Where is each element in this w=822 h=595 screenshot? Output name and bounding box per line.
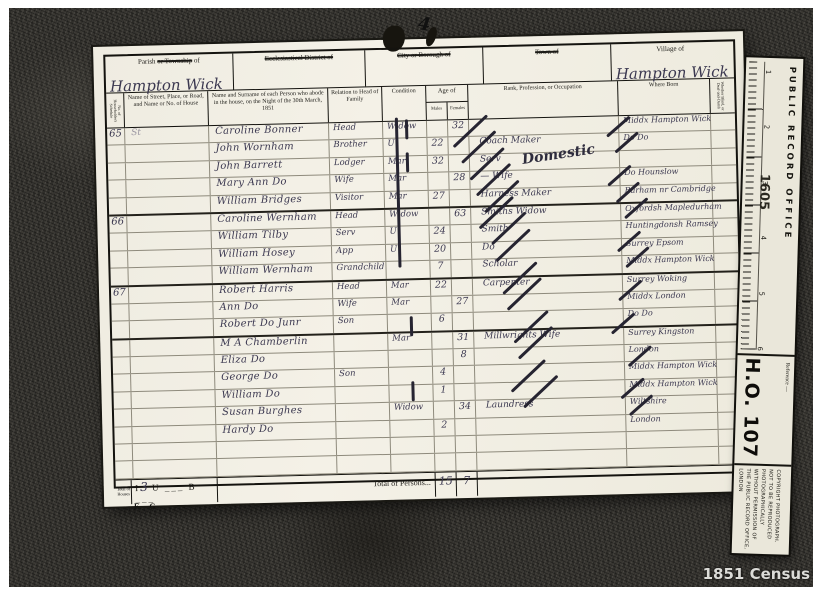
cell-age-f: 31 [453, 331, 474, 348]
cell-relation: Lodger [330, 157, 384, 175]
screenshot-stage: 4 Parish or Township ofHampton WickEccle… [0, 0, 822, 595]
cell-infirm [717, 377, 737, 394]
cell-street [127, 196, 211, 214]
cell-age-f [451, 260, 472, 277]
copyright-box: COPYRIGHT PHOTOGRAPH. NOT TO BE REPRODUC… [732, 463, 792, 555]
houses-inhabited-count: 3 [140, 480, 148, 494]
cell-born: Middx Hampton Wick [625, 360, 717, 379]
cell-relation [337, 438, 391, 456]
cell-infirm [716, 325, 736, 342]
header-field-value: Hampton Wick [110, 75, 233, 96]
cell-infirm [712, 148, 732, 165]
header-field-1: Ecclesiastical District of [233, 50, 366, 89]
header-field-value: Hampton Wick [616, 62, 730, 83]
cell-born: Do Hounslow [620, 166, 712, 185]
cell-schedule [108, 163, 126, 180]
col-occupation-header: Rank, Profession, or Occupation [468, 81, 619, 119]
cell-schedule: 65 [107, 128, 125, 145]
cell-schedule [114, 427, 132, 444]
cell-condition [391, 454, 435, 471]
cell-relation: Wife [333, 298, 387, 316]
cell-relation: Son [334, 315, 388, 333]
cell-street [128, 231, 212, 249]
cell-condition [389, 350, 433, 367]
cell-schedule [113, 375, 131, 392]
reference-block: Reference — H.O. 107 [734, 353, 794, 467]
col-schedule-header: No. of Householder's Schedule [106, 93, 125, 127]
total-persons-male: 15 [436, 472, 458, 497]
cell-schedule [115, 444, 133, 461]
cell-schedule: 67 [111, 287, 129, 304]
cell-relation: Grandchild [332, 262, 386, 280]
cell-schedule [110, 251, 128, 268]
cell-street [131, 373, 215, 391]
cell-relation: App [332, 245, 386, 263]
cell-age-f [456, 436, 477, 453]
ink-stroke [411, 382, 414, 402]
cell-age-m [431, 296, 452, 313]
cell-age-m [433, 349, 454, 366]
cell-infirm [715, 289, 735, 306]
cell-age-m [429, 208, 450, 225]
header-field-4: Village ofHampton Wick [611, 41, 730, 80]
cell-relation: Head [329, 122, 383, 140]
cell-schedule [115, 462, 133, 479]
cell-condition: Mar [387, 297, 431, 314]
cell-name: M A Chamberlin [214, 335, 334, 354]
col-age-header: Age of Males Females [426, 85, 469, 120]
piece-number: 1605 [756, 174, 772, 211]
cell-street [132, 407, 216, 425]
col-street-header: Name of Street, Place, or Road, and Name… [124, 91, 209, 127]
cell-age-f [451, 243, 472, 260]
cell-schedule: 66 [109, 216, 127, 233]
cell-relation [334, 334, 388, 352]
col-condition-header: Condition [382, 86, 427, 121]
col-infirm-header: Whether Blind, or Deaf-and-Dumb [710, 78, 731, 112]
cell-born: Middx Hampton Wick [619, 114, 711, 133]
cell-condition: U [386, 226, 430, 243]
cell-schedule [114, 409, 132, 426]
cell-street [128, 266, 212, 284]
reference-number: H.O. 107 [738, 357, 763, 458]
header-field-0: Parish or Township ofHampton Wick [105, 54, 234, 93]
cell-name: William Tilby [212, 229, 332, 248]
col-relation-header: Relation to Head of Family [328, 87, 383, 122]
cell-infirm [716, 342, 736, 359]
cell-age-f [456, 453, 477, 470]
col-age-females-header: Females [447, 102, 467, 119]
public-record-office-label: PUBLIC RECORD OFFICE [782, 66, 797, 240]
cell-born: Oxfordsh Mapledurham [621, 202, 713, 221]
cell-name: Robert Harris [213, 282, 333, 301]
ink-stroke [410, 316, 413, 336]
cell-age-f: 8 [454, 349, 475, 366]
cell-age-m: 27 [429, 190, 450, 207]
cell-age-f [451, 225, 472, 242]
cell-name [217, 457, 337, 476]
cell-infirm [716, 307, 736, 324]
ruler-tick-number: 2 [762, 125, 770, 129]
cell-name: William Wernham [212, 263, 332, 282]
total-persons-female: 7 [457, 472, 479, 497]
cell-age-f [453, 313, 474, 330]
cell-born: London [626, 412, 718, 431]
cell-street [126, 178, 210, 196]
cell-schedule [109, 198, 127, 215]
cell-condition: Widow [385, 209, 429, 226]
cell-born: Middx London [623, 290, 715, 309]
census-rows: 65StCaroline BonnerHeadWidow32Middx Hamp… [107, 113, 743, 479]
cell-age-f: 28 [449, 172, 470, 189]
cell-street [133, 460, 217, 478]
cell-age-m: 22 [427, 138, 448, 155]
cell-schedule [110, 234, 128, 251]
cell-name: George Do [215, 370, 335, 389]
cell-condition: Mar [385, 190, 429, 207]
cell-street [125, 144, 209, 162]
ink-stroke [406, 152, 409, 172]
cell-age-f [450, 189, 471, 206]
cell-street [131, 390, 215, 408]
cell-condition [391, 437, 435, 454]
cell-street [133, 442, 217, 460]
cell-age-m: 32 [428, 155, 449, 172]
cell-age-m: 6 [432, 314, 453, 331]
cell-name: John Barrett [210, 158, 330, 177]
cell-occupation [477, 449, 627, 469]
cell-street [130, 319, 214, 337]
cell-name: Hardy Do [216, 422, 336, 441]
cell-age-m: 7 [430, 260, 451, 277]
copyright-text: COPYRIGHT PHOTOGRAPH. NOT TO BE REPRODUC… [732, 465, 784, 554]
cell-age-m: 22 [431, 279, 452, 296]
cell-relation: Brother [329, 139, 383, 157]
cell-relation: Head [331, 210, 385, 228]
cell-infirm [713, 201, 733, 218]
cell-age-f: 27 [452, 296, 473, 313]
cell-infirm [711, 131, 731, 148]
cell-street [131, 355, 215, 373]
cell-schedule [108, 180, 126, 197]
cell-born [627, 430, 719, 449]
cell-name: William Do [215, 387, 335, 406]
cell-age-f: 63 [450, 208, 471, 225]
footer-blank-cell [478, 465, 741, 495]
cell-street [126, 161, 210, 179]
ruler-tick-number: 1 [764, 70, 772, 74]
reference-label: Reference — [783, 363, 790, 392]
cell-name: Ann Do [213, 299, 333, 318]
col-age-males-header: Males [426, 102, 447, 120]
cell-name: Robert Do Junr [214, 316, 334, 335]
cell-age-m [432, 332, 453, 349]
cell-condition: Widow [390, 402, 434, 419]
cell-name: William Hosey [212, 246, 332, 265]
census-form-paper: Parish or Township ofHampton WickEcclesi… [93, 31, 754, 507]
cell-name: William Bridges [211, 193, 331, 212]
cell-street [129, 285, 213, 303]
cell-relation [335, 351, 389, 369]
cell-infirm [713, 183, 733, 200]
cell-age-f [455, 418, 476, 435]
cell-age-f [452, 278, 473, 295]
cell-age-m: 2 [434, 419, 455, 436]
cell-relation [336, 403, 390, 421]
cell-street: St [125, 126, 209, 144]
cell-name: Eliza Do [215, 352, 335, 371]
ruler-tick-number: 5 [757, 291, 765, 295]
cell-name: John Wornham [209, 141, 329, 160]
cell-infirm [714, 236, 734, 253]
header-field-2: City or Borough of [365, 47, 484, 86]
cell-age-m [428, 172, 449, 189]
cell-relation: Head [333, 280, 387, 298]
cell-infirm [712, 166, 732, 183]
cell-street [132, 425, 216, 443]
ruler-tick-number: 6 [756, 347, 764, 351]
form-border: Parish or Township ofHampton WickEcclesi… [103, 39, 745, 488]
cell-street [128, 249, 212, 267]
col-born-header: Where Born [618, 79, 711, 115]
cell-schedule [112, 321, 130, 338]
cell-relation [337, 455, 391, 473]
cell-age-m: 1 [433, 384, 454, 401]
col-name-header: Name and Surname of each Person who abod… [208, 88, 329, 125]
cell-condition: Mar [387, 279, 431, 296]
cell-age-m [435, 454, 456, 471]
cell-name: Caroline Wernham [211, 211, 331, 230]
cell-age-m [427, 120, 448, 137]
total-houses-values: I3 U ___ B ___ [132, 478, 217, 504]
cell-street [129, 302, 213, 320]
cell-name: Susan Burghes [216, 404, 336, 423]
cell-street [130, 338, 214, 356]
cell-born: Surrey Kingston [624, 326, 716, 345]
cell-condition: U [386, 244, 430, 261]
cell-age-f [454, 366, 475, 383]
cell-infirm [711, 113, 731, 130]
cell-schedule [110, 268, 128, 285]
cell-born: Surrey Epsom [622, 237, 714, 256]
cell-name [217, 439, 337, 458]
total-houses-cell: Total of Houses I3 U ___ B ___ [116, 478, 219, 504]
census-watermark-label: 1851 Census [703, 565, 810, 583]
cell-infirm [714, 254, 734, 271]
cell-schedule [113, 392, 131, 409]
cell-relation: Son [335, 368, 389, 386]
cell-name: Mary Ann Do [210, 175, 330, 194]
cell-condition: Mar [384, 173, 428, 190]
cell-age-m: 24 [430, 226, 451, 243]
cell-relation [336, 420, 390, 438]
cell-age-f: 34 [455, 401, 476, 418]
total-houses-label: Total of Houses [116, 480, 133, 504]
cell-condition [386, 261, 430, 278]
cell-schedule [112, 340, 130, 357]
cell-condition [390, 419, 434, 436]
ruler-tick-number: 4 [759, 236, 767, 240]
cell-infirm [715, 272, 735, 289]
cell-relation [335, 386, 389, 404]
cell-age-f [454, 384, 475, 401]
cell-born [620, 149, 712, 168]
cell-name: Caroline Bonner [209, 123, 329, 142]
cell-schedule [107, 146, 125, 163]
cell-infirm [713, 219, 733, 236]
cell-relation: Wife [330, 174, 384, 192]
cell-born [627, 447, 719, 466]
cell-born: Do Do [624, 307, 716, 326]
cell-age-m: 20 [430, 243, 451, 260]
total-persons-label: Total of Persons... [218, 473, 437, 502]
cell-infirm [717, 360, 737, 377]
cell-age-m [435, 436, 456, 453]
cell-age-m [434, 402, 455, 419]
cell-schedule [111, 304, 129, 321]
cell-schedule [113, 357, 131, 374]
header-field-3: Town of [483, 44, 612, 83]
cell-age-m: 4 [433, 367, 454, 384]
cell-relation: Visitor [331, 191, 385, 209]
cell-street [127, 214, 211, 232]
ink-stroke [405, 119, 408, 139]
cell-relation: Serv [332, 227, 386, 245]
enumerator-initials: E G [134, 502, 160, 511]
